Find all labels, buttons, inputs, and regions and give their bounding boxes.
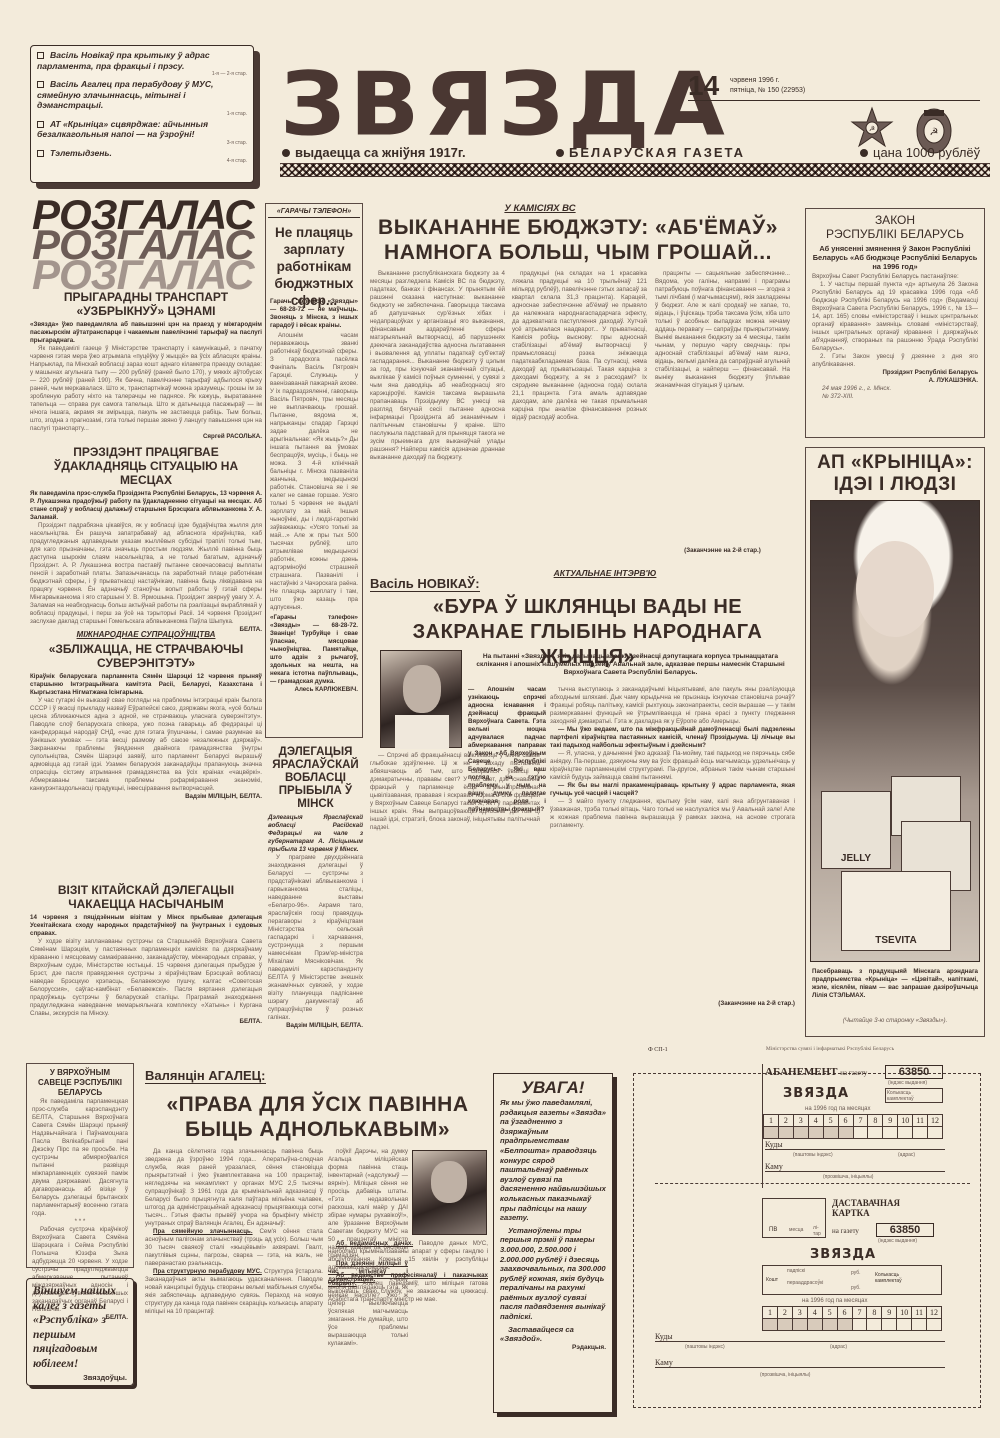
abonement-label: АБАНЕМЕНТ на газету	[765, 1066, 867, 1078]
teaser-item[interactable]: АТ «Крыніца» сцвярджае: айчынныя безалка…	[37, 119, 247, 140]
index-field[interactable]: 63850	[876, 1223, 934, 1237]
budget-column-1: Выкананне рэспубліканскага бюджэту за 4 …	[370, 270, 505, 462]
photo-caption: Пасебраваць з прадукцыяй Мінскага арэндн…	[812, 968, 978, 1000]
continued-link[interactable]: (Заканчэнне на 2-й стар.)	[550, 1000, 795, 1008]
cut-line	[655, 1183, 970, 1184]
form-logo: ЗВЯЗДА	[810, 1247, 876, 1262]
months-grid: 123456789101112	[762, 1306, 942, 1331]
qty-field[interactable]: Колькасць камплектаў	[885, 1088, 943, 1103]
law-subtitle: Аб унясенні змянення ў Закон Рэспублікі …	[812, 244, 978, 271]
hotline-body: Гарачы тэлефон «Звязды» — 68-28-72 — не …	[270, 298, 358, 694]
checkbox-icon	[37, 150, 44, 157]
ornament-band	[280, 163, 990, 177]
article-chinese-delegation: ВІЗІТ КІТАЙСКАЙ ДЭЛЕГАЦЫІ ЧАКАЕЦЦА НАСЫЧ…	[30, 883, 262, 1026]
interview-lead: На пытанні «Звязды», якія датычаць ацэнк…	[468, 653, 793, 677]
article-yaroslavl: ДЭЛЕГАЦЫЯ ЯРАСЛАЎСКАЙ ВОБЛАСЦІ ПРЫБЫЛА Ў…	[268, 746, 363, 1030]
author: Вадзім МІЛІЦЫН, БЕЛТА.	[268, 1022, 363, 1030]
date-rule	[688, 100, 980, 101]
interview-col-1: — Спрэчкі аб фракцыйнасці выклікаюць у м…	[370, 752, 540, 832]
photo-agalets	[412, 1150, 487, 1235]
masthead-title: ЗВЯЗДА	[280, 67, 729, 143]
photo-dosing-operator: JELLY JELLY Cefita TSEVITA	[810, 500, 980, 962]
svg-text:☭: ☭	[930, 127, 939, 138]
teaser-page-ref: 1-я стар.	[37, 111, 247, 117]
hotline-title[interactable]: Не плацяць зарплату работнікам бюджэтных…	[268, 224, 360, 309]
agalets-col-3: Аб ведамасных дачах. Паводле даных МУС, …	[328, 1240, 488, 1304]
law-box: ЗАКОН РЭСПУБЛІКІ БЕЛАРУСЬ Аб унясенні зм…	[805, 208, 985, 438]
krynitsa-title[interactable]: АП «КРЫНІЦА»: ІДЭІ І ЛЮДЗІ	[808, 452, 982, 496]
teaser-item[interactable]: Васіль Агалец пра перабудову ў МУС, сяме…	[37, 79, 247, 111]
bullet-icon	[282, 149, 290, 157]
agalets-col-1: Да канца сёлетняга года злачыннасць паві…	[145, 1148, 323, 1316]
whom-field[interactable]: Каму	[655, 1358, 945, 1368]
issue-number: пятніца, № 150 (22953)	[730, 86, 805, 96]
supreme-council-box: У ВЯРХОЎНЫМ САВЕЦЕ РЭСПУБЛІКІ БЕЛАРУСЬ Я…	[26, 1063, 134, 1268]
teaser-item[interactable]: Васіль Новікаў пра крытыку ў адрас парла…	[37, 50, 247, 71]
attention-box: УВАГА! Як мы ўжо паведамлялі, рэдакцыя г…	[493, 1073, 613, 1413]
budget-column-3: працэнты — сацыяльнае забеспячэнне... Вя…	[655, 270, 790, 390]
box-title: У ВЯРХОЎНЫМ САВЕЦЕ РЭСПУБЛІКІ БЕЛАРУСЬ	[32, 1068, 128, 1098]
teaser-page-ref: 4-я стар.	[37, 158, 247, 164]
masthead-price: цана 1000 рублёў	[860, 145, 980, 160]
budget-title[interactable]: ВЫКАНАННЕ БЮДЖЭТУ: «АБ'ЁМАЎ» НАМНОГА БОЛ…	[368, 215, 788, 265]
delivery-card-title: ДАСТАВАЧНАЯ КАРТКА	[832, 1198, 922, 1218]
bullet-icon	[556, 149, 564, 157]
attention-title: УВАГА!	[500, 1078, 606, 1098]
interview-rubric: АКТУАЛЬНАЕ ІНТЭРВ'Ю	[530, 568, 680, 578]
checkbox-icon	[37, 121, 44, 128]
budget-column-2: прадукцыі (на складах на 1 красавіка ляж…	[512, 270, 647, 422]
budget-rubric: У КАМІСІЯХ ВС	[460, 203, 620, 214]
masthead-since: выдаецца са жніўня 1917г.	[282, 145, 466, 160]
date-day: 14	[688, 70, 719, 102]
congrats-box: Віншуем нашых калег з газеты «Рэспубліка…	[26, 1278, 134, 1386]
index-field[interactable]: 63850	[885, 1065, 943, 1079]
pv-box: ПВ месца лі-тар	[762, 1198, 826, 1238]
svg-text:☭: ☭	[869, 125, 875, 133]
interview-col-2: тычна выступаюць з заканадаўчымі ініцыят…	[550, 686, 795, 830]
date-details: чэрвеня 1996 г. пятніца, № 150 (22953)	[730, 76, 805, 96]
teaser-item[interactable]: Тэлетыдзень.	[37, 148, 247, 159]
agalets-person: Валянцін АГАЛЕЦ:	[145, 1068, 266, 1084]
teaser-page-ref: 1-я — 2-я стар.	[37, 71, 247, 77]
bullet-icon	[860, 149, 868, 157]
ministry-label: Міністэрства сувязі і інфарматыкі Рэспуб…	[760, 1046, 900, 1052]
law-title: ЗАКОН	[812, 213, 978, 227]
article-title[interactable]: ПРЭЗІДЭНТ ПРАЦЯГВАЕ ЎДАКЛАДНЯЦЬ СІТУАЦЫЮ…	[30, 445, 262, 487]
checkbox-icon	[37, 81, 44, 88]
article-title[interactable]: «ЗБЛІЖАЦЦА, НЕ СТРАЧВАЮЧЫ СУВЕРЭНІТЭТУ»	[30, 642, 262, 670]
rozgalas-logo: РОЗГАЛАС РОЗГАЛАС РОЗГАЛАС	[32, 200, 258, 295]
hotline-rubric: «ГАРАЧЫ ТЭЛЕФОН»	[268, 208, 360, 218]
teaser-page-ref: 3-я стар.	[37, 140, 247, 146]
author: БЕЛТА.	[30, 1018, 262, 1026]
checkbox-icon	[37, 52, 44, 59]
form-code: Ф СП-1	[648, 1047, 668, 1053]
article-transport: ПРЫГАРАДНЫ ТРАНСПАРТ «УЗБРЫКНУЎ» ЦЭНАМІ …	[30, 290, 262, 441]
months-grid: 123456789101112	[763, 1114, 943, 1139]
where-field[interactable]: Куды	[765, 1140, 945, 1150]
cost-box: Кошт падпіскі перааддрасоўкі руб. руб. К…	[762, 1265, 942, 1295]
masthead-subtitle: БЕЛАРУСКАЯ ГАЗЕТА	[556, 145, 745, 160]
article-title[interactable]: ПРЫГАРАДНЫ ТРАНСПАРТ «УЗБРЫКНУЎ» ЦЭНАМІ	[30, 290, 262, 318]
article-title[interactable]: ВІЗІТ КІТАЙСКАЙ ДЭЛЕГАЦЫІ ЧАКАЕЦЦА НАСЫЧ…	[30, 883, 262, 911]
author: Сяргей РАСОЛЬКА.	[30, 433, 262, 441]
article-title[interactable]: ДЭЛЕГАЦЫЯ ЯРАСЛАЎСКАЙ ВОБЛАСЦІ ПРЫБЫЛА Ў…	[268, 746, 363, 811]
photo-novikau	[380, 650, 462, 748]
continued-link[interactable]: (Заканчэнне на 2-й стар.)	[655, 547, 790, 555]
continued-link[interactable]: (Чытайце 3-ю старонку «Звязды»).	[812, 1017, 978, 1025]
signature: А. ЛУКАШЭНКА.	[812, 377, 978, 385]
author: Алесь КАРЛЮКЕВІЧ.	[270, 686, 358, 694]
abonement-section: АБАНЕМЕНТ на газету 63850 (індэкс выданн…	[762, 1064, 972, 1188]
author: Вадзім МІЛІЦЫН, БЕЛТА.	[30, 793, 262, 801]
whom-field[interactable]: Каму	[765, 1162, 945, 1172]
where-field[interactable]: Куды	[655, 1332, 945, 1342]
article-sovereignty: МІЖНАРОДНАЕ СУПРАЦОЎНІЦТВА «ЗБЛІЖАЦЦА, Н…	[30, 630, 262, 801]
form-logo: ЗВЯЗДА	[783, 1086, 849, 1101]
date-month: чэрвеня 1996 г.	[730, 76, 805, 86]
rubric: МІЖНАРОДНАЕ СУПРАЦОЎНІЦТВА	[30, 630, 262, 639]
article-president: ПРЭЗІДЭНТ ПРАЦЯГВАЕ ЎДАКЛАДНЯЦЬ СІТУАЦЫЮ…	[30, 445, 262, 634]
agalets-title[interactable]: «ПРАВА ДЛЯ ЎСІХ ПАВІННА БЫЦЬ АДНОЛЬКАВЫМ…	[150, 1092, 485, 1142]
interview-person: Васіль НОВІКАЎ:	[370, 576, 480, 592]
teaser-box: Васіль Новікаў пра крытыку ў адрас парла…	[30, 45, 254, 183]
